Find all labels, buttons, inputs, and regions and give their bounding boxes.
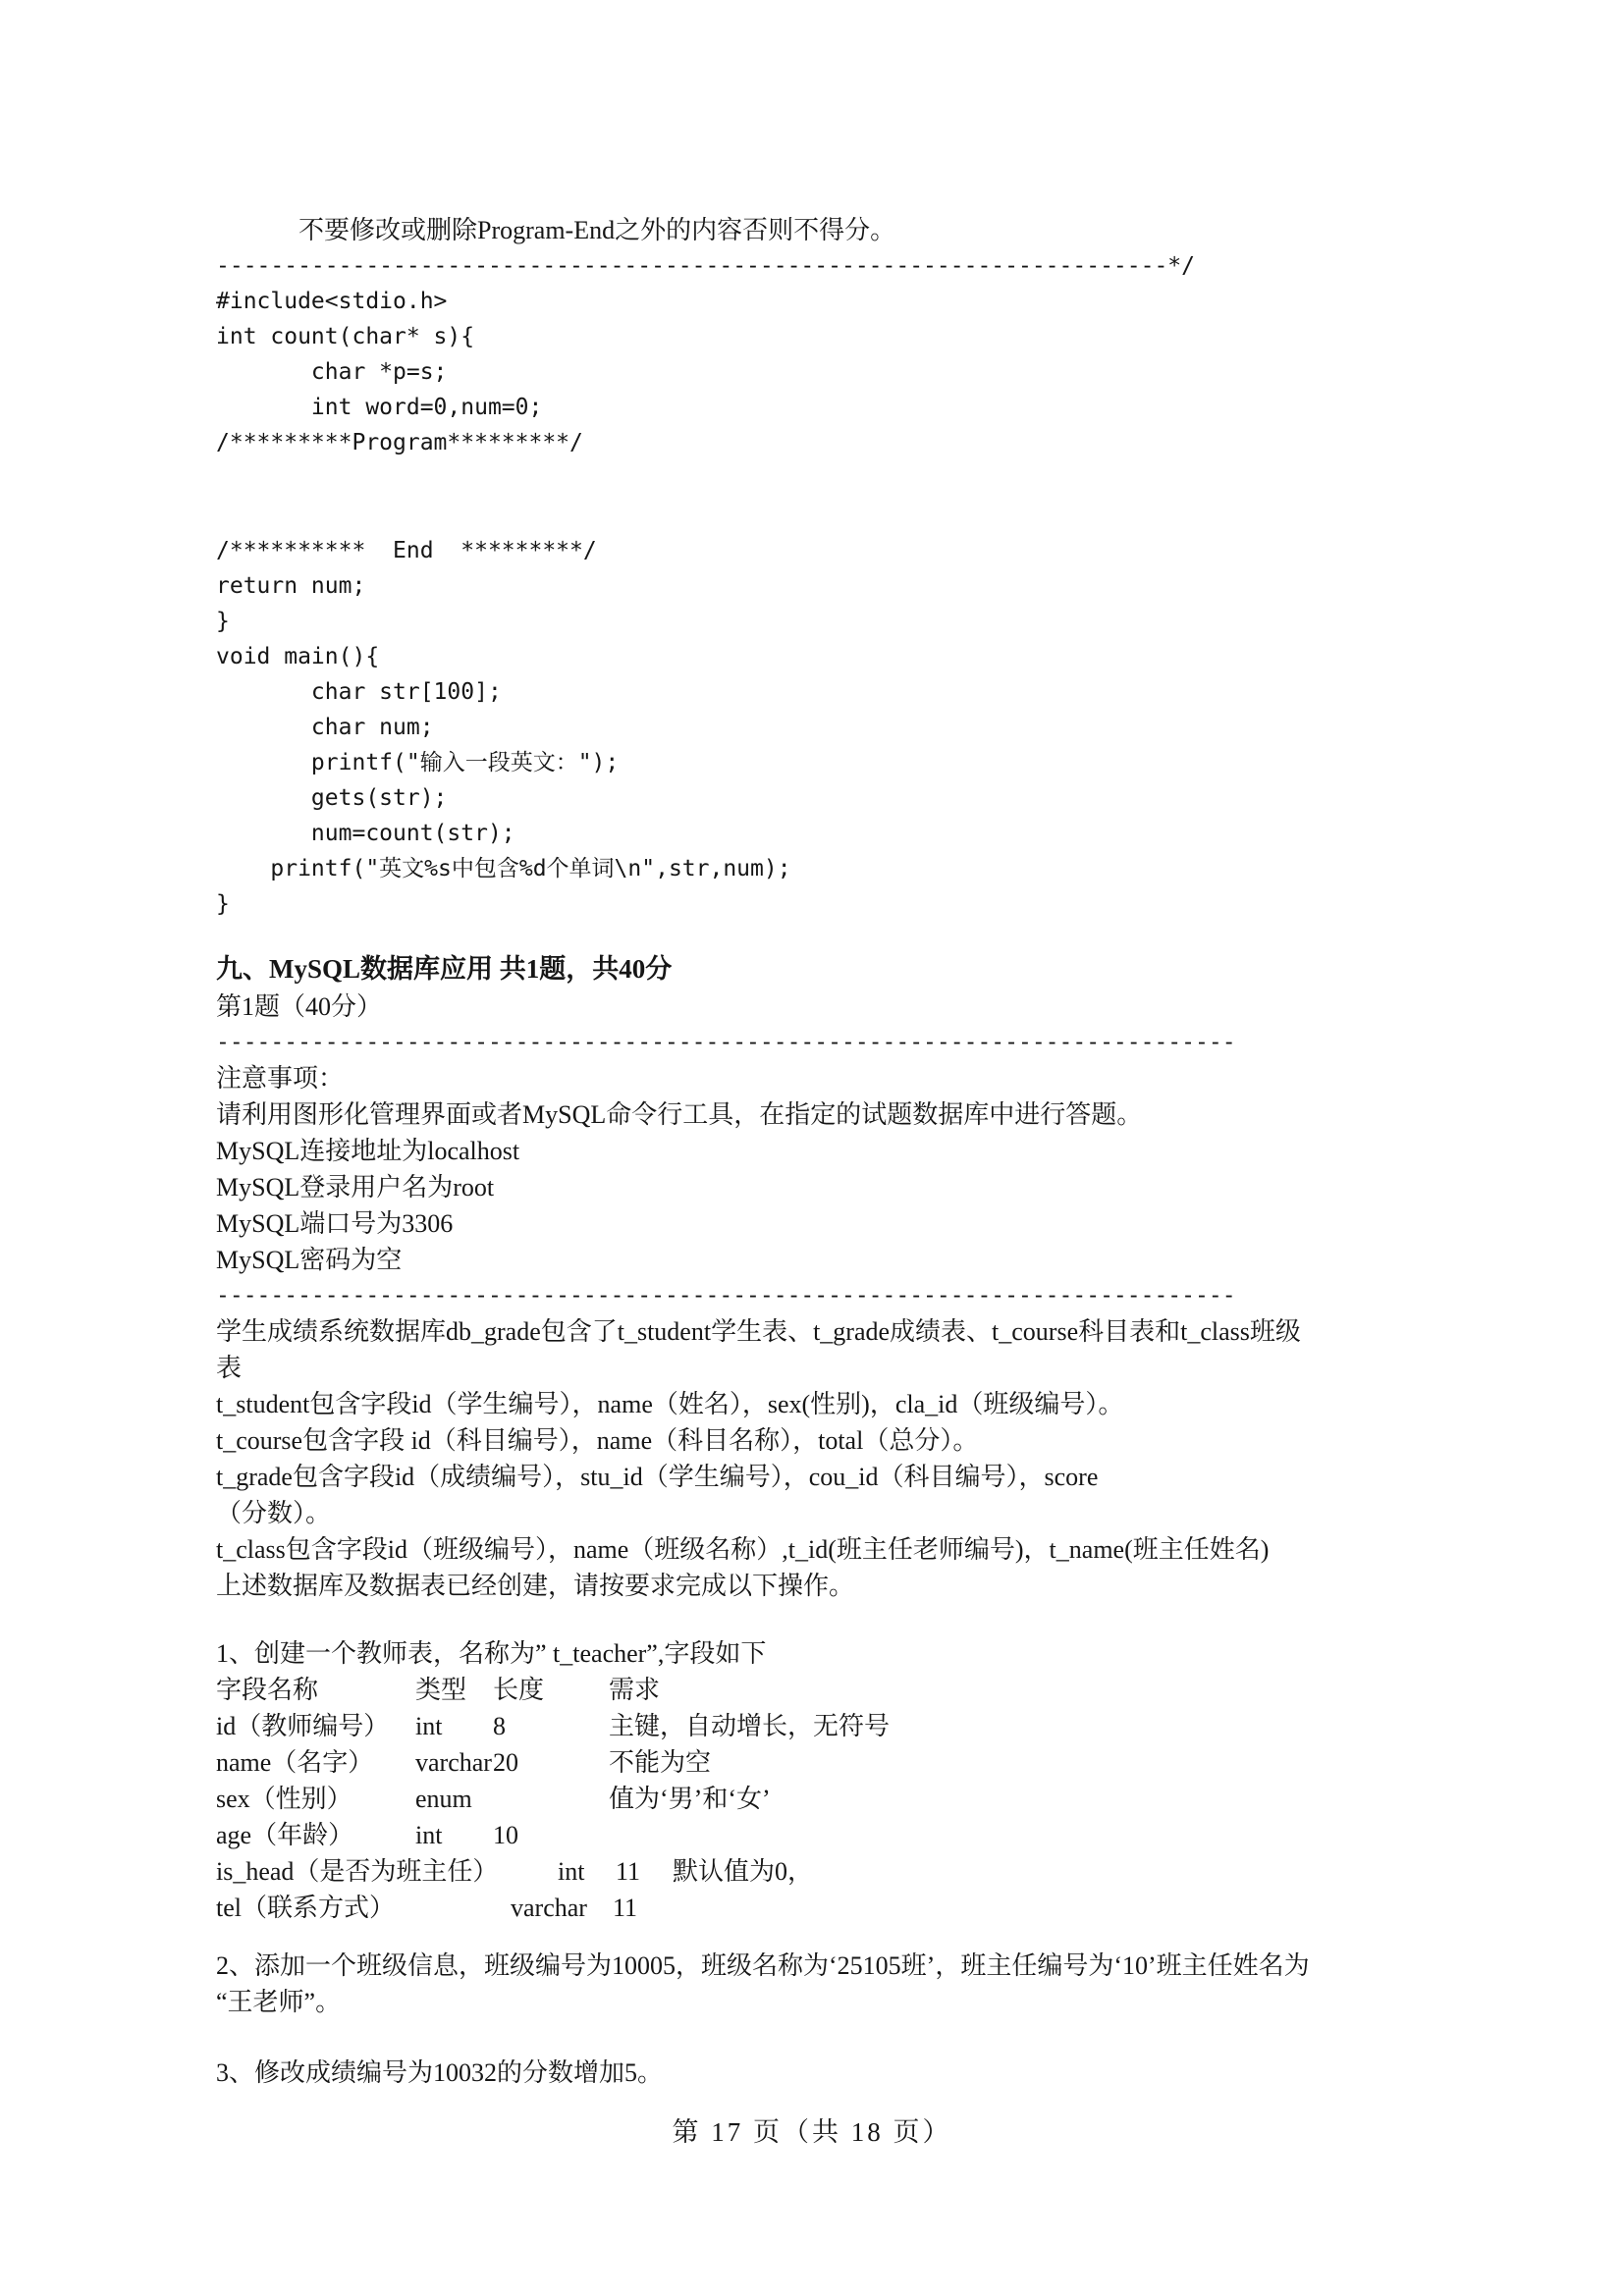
field-table-row: name（名字） varchar 20 不能为空	[216, 1744, 1483, 1781]
task3-line: 3、修改成绩编号为10032的分数增加5。	[216, 2055, 1483, 2091]
field-type-header: 类型	[415, 1672, 493, 1708]
field-requirement-cell: 不能为空	[609, 1744, 1483, 1781]
code-line: gets(str);	[216, 780, 1483, 816]
code-line: int count(char* s){	[216, 319, 1483, 354]
field-requirement-cell: 主键，自动增长，无符号	[609, 1708, 1483, 1744]
field-requirement-header: 需求	[609, 1672, 1483, 1708]
code-line: char str[100];	[216, 674, 1483, 710]
task2-line: “王老师”。	[216, 1984, 1483, 2020]
db-desc-line: t_student包含字段id（学生编号），name（姓名），sex(性别)，c…	[216, 1386, 1483, 1422]
note-line: 请利用图形化管理界面或者MySQL命令行工具，在指定的试题数据库中进行答题。	[216, 1096, 1483, 1133]
blank-gap	[216, 460, 1483, 533]
code-line: }	[216, 886, 1483, 922]
code-line: num=count(str);	[216, 816, 1483, 851]
code-line: printf("输入一段英文：");	[216, 745, 1483, 780]
note-line: MySQL连接地址为localhost	[216, 1133, 1483, 1169]
field-type-cell: int	[415, 1708, 493, 1744]
field-name-cell: age（年龄）	[216, 1817, 415, 1853]
db-desc-line: （分数）。	[216, 1495, 1483, 1531]
field-table-row: tel（联系方式） varchar 11	[216, 1890, 1483, 1926]
blank-gap	[216, 1604, 1483, 1635]
exam-document-page: 不要修改或删除Program-End之外的内容否则不得分。 ----------…	[0, 0, 1624, 2296]
task2-line: 2、添加一个班级信息，班级编号为10005，班级名称为‘25105班’，班主任编…	[216, 1948, 1483, 1984]
code-line: void main(){	[216, 639, 1483, 674]
section-divider: ----------------------------------------…	[216, 1025, 1483, 1060]
field-type-cell: int	[415, 1817, 493, 1853]
field-type-cell: int	[558, 1853, 616, 1890]
field-requirement-cell	[609, 1817, 1483, 1853]
field-type-cell: varchar	[511, 1890, 613, 1926]
field-length-header: 长度	[493, 1672, 609, 1708]
field-table-row: sex（性别） enum 值为‘男’和‘女’	[216, 1781, 1483, 1817]
field-length-cell: 10	[493, 1817, 609, 1853]
task1-intro: 1、创建一个教师表，名称为” t_teacher”,字段如下	[216, 1635, 1483, 1672]
comment-divider-end: ----------------------------------------…	[216, 248, 1483, 284]
field-length-cell: 20	[493, 1744, 609, 1781]
field-name-cell: id（教师编号）	[216, 1708, 415, 1744]
question-label: 第1题（40分）	[216, 988, 1483, 1025]
code-line: return num;	[216, 568, 1483, 604]
db-desc-line: t_grade包含字段id（成绩编号），stu_id（学生编号），cou_id（…	[216, 1459, 1483, 1495]
code-line: char *p=s;	[216, 354, 1483, 390]
page-content: 不要修改或删除Program-End之外的内容否则不得分。 ----------…	[216, 212, 1483, 2091]
db-desc-line: t_class包含字段id（班级编号），name（班级名称）,t_id(班主任老…	[216, 1531, 1483, 1568]
code-line: char num;	[216, 710, 1483, 745]
section-heading: 九、MySQL数据库应用 共1题，共40分	[216, 949, 1483, 988]
field-type-cell: enum	[415, 1781, 493, 1817]
field-name-cell: is_head（是否为班主任）	[216, 1853, 558, 1890]
field-table-row: is_head（是否为班主任） int 11 默认值为0，	[216, 1853, 1483, 1890]
db-desc-line: t_course包含字段 id（科目编号），name（科目名称），total（总…	[216, 1422, 1483, 1459]
notes-title: 注意事项：	[216, 1060, 1483, 1096]
db-desc-line: 表	[216, 1350, 1483, 1386]
field-requirement-cell	[729, 1890, 1483, 1926]
notice-text: 不要修改或删除Program-End之外的内容否则不得分。	[216, 212, 1483, 248]
blank-gap	[216, 1926, 1483, 1948]
field-length-cell: 11	[616, 1853, 673, 1890]
field-name-cell: sex（性别）	[216, 1781, 415, 1817]
section-divider: ----------------------------------------…	[216, 1278, 1483, 1313]
field-name-header: 字段名称	[216, 1672, 415, 1708]
page-number-footer: 第 17 页（共 18 页）	[0, 2110, 1624, 2149]
db-desc-line: 学生成绩系统数据库db_grade包含了t_student学生表、t_grade…	[216, 1313, 1483, 1350]
field-table-header: 字段名称 类型 长度 需求	[216, 1672, 1483, 1708]
field-type-cell: varchar	[415, 1744, 493, 1781]
field-name-cell: name（名字）	[216, 1744, 415, 1781]
program-comment-line: /*********Program*********/	[216, 425, 1483, 460]
field-length-cell: 11	[613, 1890, 729, 1926]
db-desc-line: 上述数据库及数据表已经创建，请按要求完成以下操作。	[216, 1568, 1483, 1604]
field-table-row: age（年龄） int 10	[216, 1817, 1483, 1853]
field-requirement-cell: 值为‘男’和‘女’	[609, 1781, 1483, 1817]
end-comment-line: /********** End *********/	[216, 533, 1483, 568]
note-line: MySQL密码为空	[216, 1242, 1483, 1278]
blank-gap	[216, 2020, 1483, 2055]
code-line: #include<stdio.h>	[216, 284, 1483, 319]
field-name-cell: tel（联系方式）	[216, 1890, 511, 1926]
field-length-cell	[493, 1781, 609, 1817]
field-requirement-cell: 默认值为0，	[673, 1853, 1483, 1890]
note-line: MySQL端口号为3306	[216, 1205, 1483, 1242]
field-table-row: id（教师编号） int 8 主键，自动增长，无符号	[216, 1708, 1483, 1744]
code-line: int word=0,num=0;	[216, 390, 1483, 425]
field-length-cell: 8	[493, 1708, 609, 1744]
code-line: }	[216, 604, 1483, 639]
note-line: MySQL登录用户名为root	[216, 1169, 1483, 1205]
code-line: printf("英文%s中包含%d个单词\n",str,num);	[216, 851, 1483, 886]
